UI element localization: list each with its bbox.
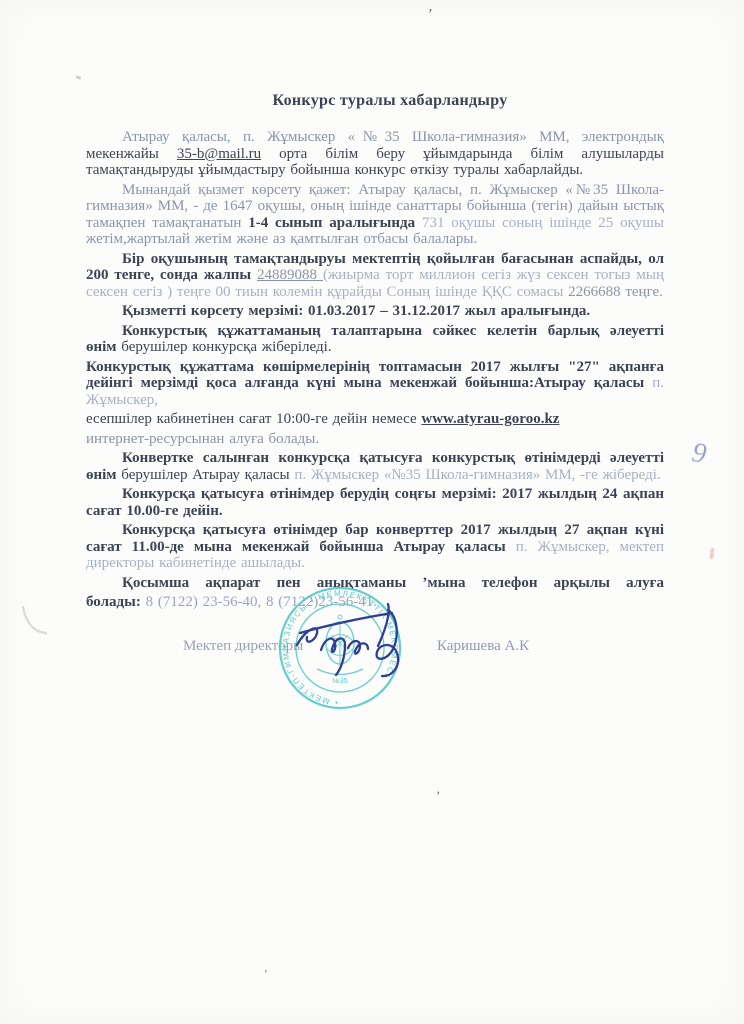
website-url-text: www.atyrau-goroo.kz [421, 411, 559, 427]
scanned-document-page: Конкурс туралы хабарландыру Атырау қалас… [0, 0, 744, 1024]
paragraph-text: берушілер Атырау қаласы [121, 467, 294, 483]
red-pen-mark [709, 548, 714, 559]
document-body: Атырау қаласы, п. Жұмыскер «№35 Школа-ги… [86, 129, 664, 614]
email-address-text: 35-b@mail.ru [177, 146, 261, 162]
stamp-emblem [317, 615, 363, 675]
round-stamp: • МЕКТЕП-ГИМНАЗИЯСЫ • МЕМЛЕКЕТТІК МЕКЕМЕ… [275, 583, 405, 713]
paragraph-service-scope: Мынандай қызмет көрсету қажет: Атырау қа… [86, 182, 664, 248]
paragraph-text: есепшілер кабинетінен сағат 10:00-ге дей… [86, 411, 421, 427]
paragraph-text: Конкурсқа қатысуға өтінімдер берудің соң… [86, 486, 664, 519]
paragraph-intro: Атырау қаласы, п. Жұмыскер «№35 Школа-ги… [86, 129, 664, 179]
paragraph-text: 731 оқушы соның ішінде 25 оқушы [422, 215, 664, 231]
scan-speck-bottom: ’ [263, 968, 269, 980]
scan-speck-top: ’ [428, 8, 433, 22]
vat-sum-text: 2266688 теңге. [568, 284, 663, 300]
scan-speck-middle: ’ [436, 789, 440, 802]
handwritten-nine-mark: 9 [689, 437, 708, 471]
scan-curve-artifact [23, 607, 46, 633]
paragraph-price: Бір оқушының тамақтандыруы мектептің қой… [86, 251, 664, 301]
paragraph-text: Атырау қаласы, п. Жұмыскер «№35 Школа-ги… [122, 129, 664, 145]
director-name: Каришева А.К [437, 638, 529, 655]
paragraph-text: 1-4 сынып аралығында [248, 215, 422, 231]
paragraph-docs-pickup-line3: интернет-ресурсынан алуға болады. [86, 431, 664, 448]
total-sum-number: 24889088 [257, 267, 323, 283]
paragraph-text: Конкурстық құжаттама көшірмелерінің топт… [86, 359, 664, 392]
paragraph-deadline: Конкурсқа қатысуға өтінімдер берудің соң… [86, 486, 664, 519]
stamp-number-text: №35 [332, 678, 347, 685]
paragraph-docs-pickup: Конкурстық құжаттама көшірмелерінің топт… [86, 359, 664, 409]
paragraph-text: мекенжайы [86, 146, 177, 162]
paragraph-text: Қызметті көрсету мерзімі: 01.03.2017 – 3… [122, 303, 590, 319]
paragraph-text: п. Жұмыскер «№35 Школа-гимназия» ММ, -ге… [294, 467, 660, 483]
document-title: Конкурс туралы хабарландыру [86, 92, 664, 110]
paragraph-service-period: Қызметті көрсету мерзімі: 01.03.2017 – 3… [86, 303, 664, 320]
paragraph-text: интернет-ресурсынан алуға болады. [86, 431, 319, 447]
paragraph-opening: Конкурсқа қатысуға өтінімдер бар конверт… [86, 522, 664, 572]
paragraph-text: жетім,жартылай жетім және аз қамтылған о… [86, 231, 477, 247]
paragraph-envelope-submit: Конвертке салынған конкурсқа қатысуға ко… [86, 450, 664, 483]
paragraph-docs-pickup-line2: есепшілер кабинетінен сағат 10:00-ге дей… [86, 411, 664, 428]
paragraph-text: болады: [86, 594, 146, 610]
scan-dash-artifact [76, 75, 82, 79]
paragraph-eligibility: Конкурстық құжаттаманың талаптарына сәйк… [86, 323, 664, 356]
paragraph-text: берушілер конкурсқа жіберіледі. [121, 339, 331, 355]
